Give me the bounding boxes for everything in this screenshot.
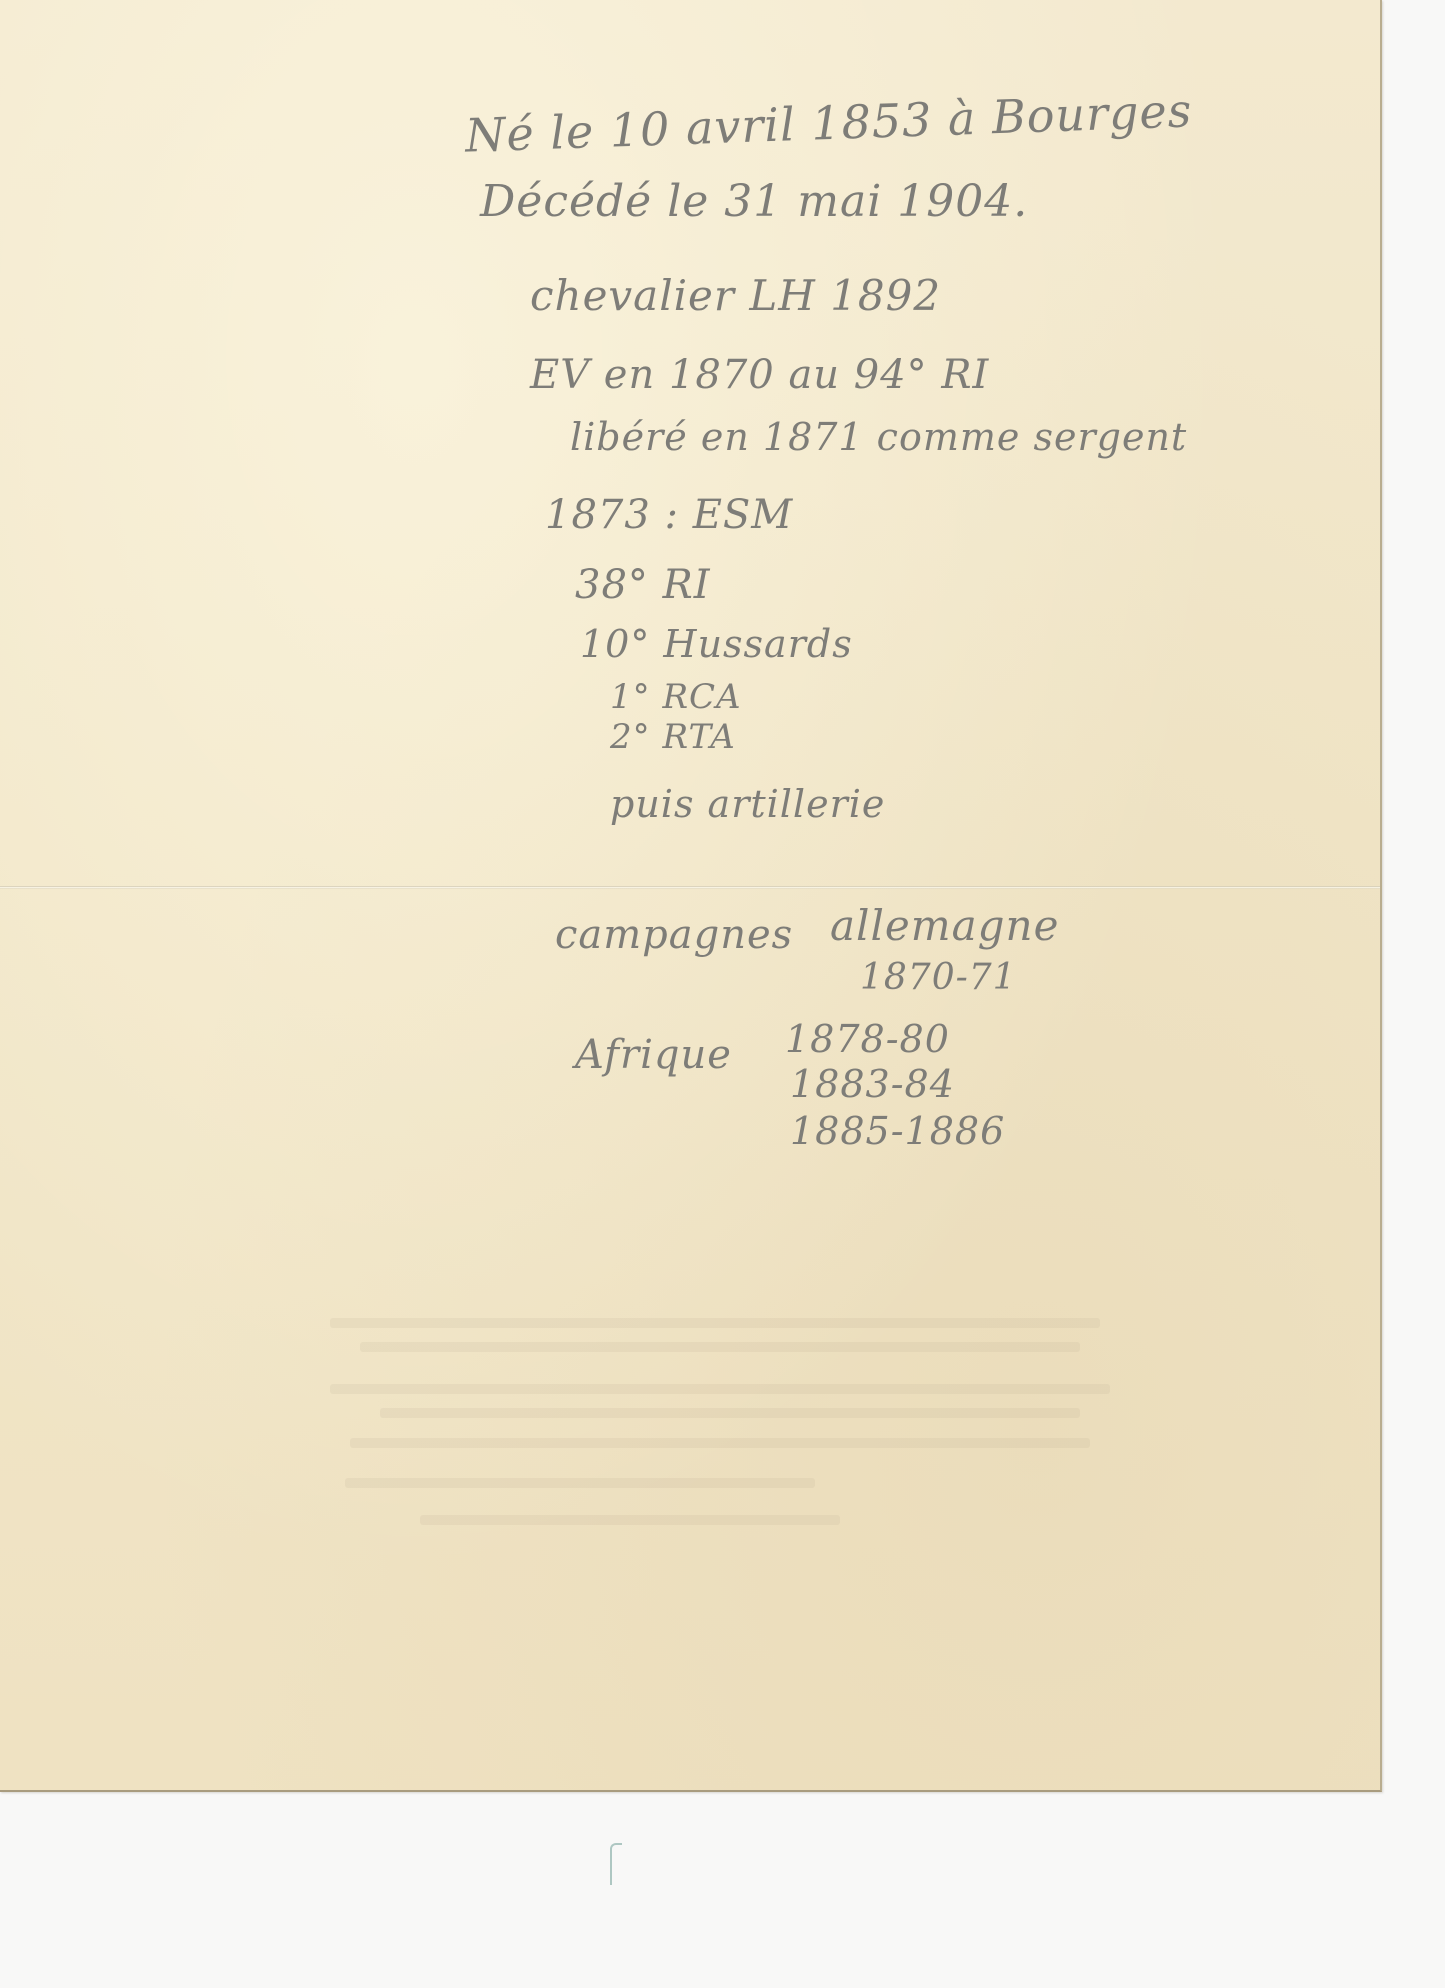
unit-1-rca: 1° RCA bbox=[610, 680, 742, 714]
fold-line bbox=[0, 886, 1380, 889]
artillery-line: puis artillerie bbox=[610, 785, 885, 823]
campaigns-label: campagnes bbox=[555, 915, 793, 955]
release-line: libéré en 1871 comme sergent bbox=[570, 418, 1187, 456]
unit-2-rta: 2° RTA bbox=[610, 720, 736, 754]
printed-bleed-through bbox=[360, 1342, 1080, 1352]
birth-line: Né le 10 avril 1853 à Bourges bbox=[464, 87, 1193, 158]
campaign-germany-years: 1870-71 bbox=[860, 960, 1017, 996]
campaign-africa: Afrique bbox=[575, 1035, 732, 1075]
paper-sheet: Né le 10 avril 1853 à Bourges Décédé le … bbox=[0, 0, 1382, 1792]
printed-bleed-through bbox=[330, 1318, 1100, 1328]
military-school-line: 1873 : ESM bbox=[545, 495, 793, 535]
africa-years-3: 1885-1886 bbox=[790, 1112, 1005, 1150]
printed-bleed-through bbox=[350, 1438, 1090, 1448]
printed-bleed-through bbox=[345, 1478, 815, 1488]
enlistment-text: EV en 1870 au 94° RI bbox=[530, 352, 989, 398]
africa-years-1: 1878-80 bbox=[785, 1020, 950, 1058]
africa-years-2: 1883-84 bbox=[790, 1065, 955, 1103]
enlistment-line: EV en 1870 au 94° RI bbox=[530, 355, 989, 395]
death-line: Décédé le 31 mai 1904. bbox=[480, 180, 1028, 224]
legion-honneur-line: chevalier LH 1892 bbox=[530, 275, 941, 317]
stray-pen-mark bbox=[610, 1843, 622, 1885]
campaign-germany: allemagne bbox=[830, 905, 1059, 947]
printed-bleed-through bbox=[420, 1515, 840, 1525]
unit-38-ri: 38° RI bbox=[575, 565, 711, 605]
unit-10-hussards: 10° Hussards bbox=[580, 625, 853, 663]
printed-bleed-through bbox=[380, 1408, 1080, 1418]
scanned-document: Né le 10 avril 1853 à Bourges Décédé le … bbox=[0, 0, 1445, 1988]
printed-bleed-through bbox=[330, 1384, 1110, 1394]
